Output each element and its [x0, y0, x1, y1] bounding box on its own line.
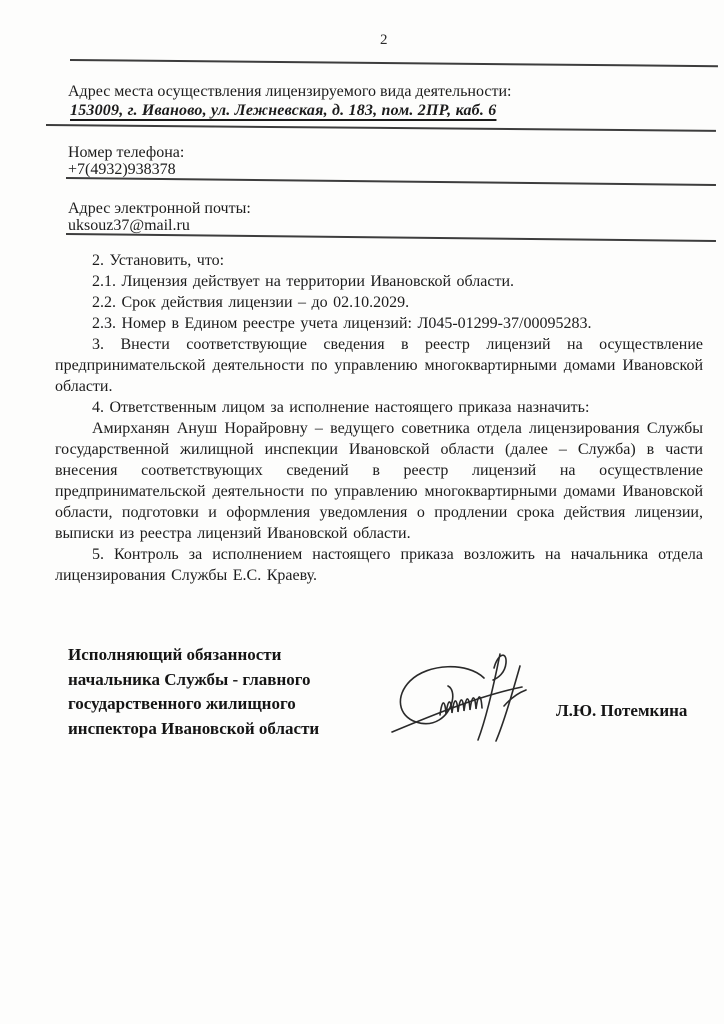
order-body: 2. Установить, что: 2.1. Лицензия действ… [55, 250, 703, 586]
email-fill-line [66, 233, 716, 242]
signer-position-line: Исполняющий обязанности [68, 643, 368, 668]
page-number: 2 [380, 32, 388, 49]
phone-label: Номер телефона: [68, 144, 184, 162]
email-label: Адрес электронной почты: [68, 200, 251, 218]
signer-position-line: начальника Службы - главного [68, 668, 368, 693]
activity-address-label: Адрес места осуществления лицензируемого… [68, 83, 511, 101]
paragraph-license-term: 2.2. Срок действия лицензии – до 02.10.2… [55, 292, 703, 313]
activity-address-value: 153009, г. Иваново, ул. Лежневская, д. 1… [70, 102, 496, 120]
handwritten-signature-icon [388, 644, 540, 744]
signer-name: Л.Ю. Потемкина [556, 701, 687, 721]
top-horizontal-rule [70, 59, 718, 67]
paragraph-control: 5. Контроль за исполнением настоящего пр… [55, 544, 703, 586]
signer-position-line: инспектора Ивановской области [68, 717, 368, 742]
scanned-document-page: 2 Адрес места осуществления лицензируемо… [0, 0, 724, 1024]
paragraph-registry-entry: 3. Внести соответствующие сведения в рее… [55, 334, 703, 397]
signer-position: Исполняющий обязанности начальника Служб… [68, 643, 368, 741]
paragraph-responsible-details: Амирханян Ануш Норайровну – ведущего сов… [55, 418, 703, 544]
paragraph-license-territory: 2.1. Лицензия действует на территории Ив… [55, 271, 703, 292]
paragraph-responsible-person: 4. Ответственным лицом за исполнение нас… [55, 397, 703, 418]
paragraph-registry-number: 2.3. Номер в Едином реестре учета лиценз… [55, 313, 703, 334]
phone-fill-line [66, 177, 716, 186]
paragraph-establish: 2. Установить, что: [55, 250, 703, 271]
signer-position-line: государственного жилищного [68, 692, 368, 717]
activity-address-fill-line [46, 124, 716, 132]
